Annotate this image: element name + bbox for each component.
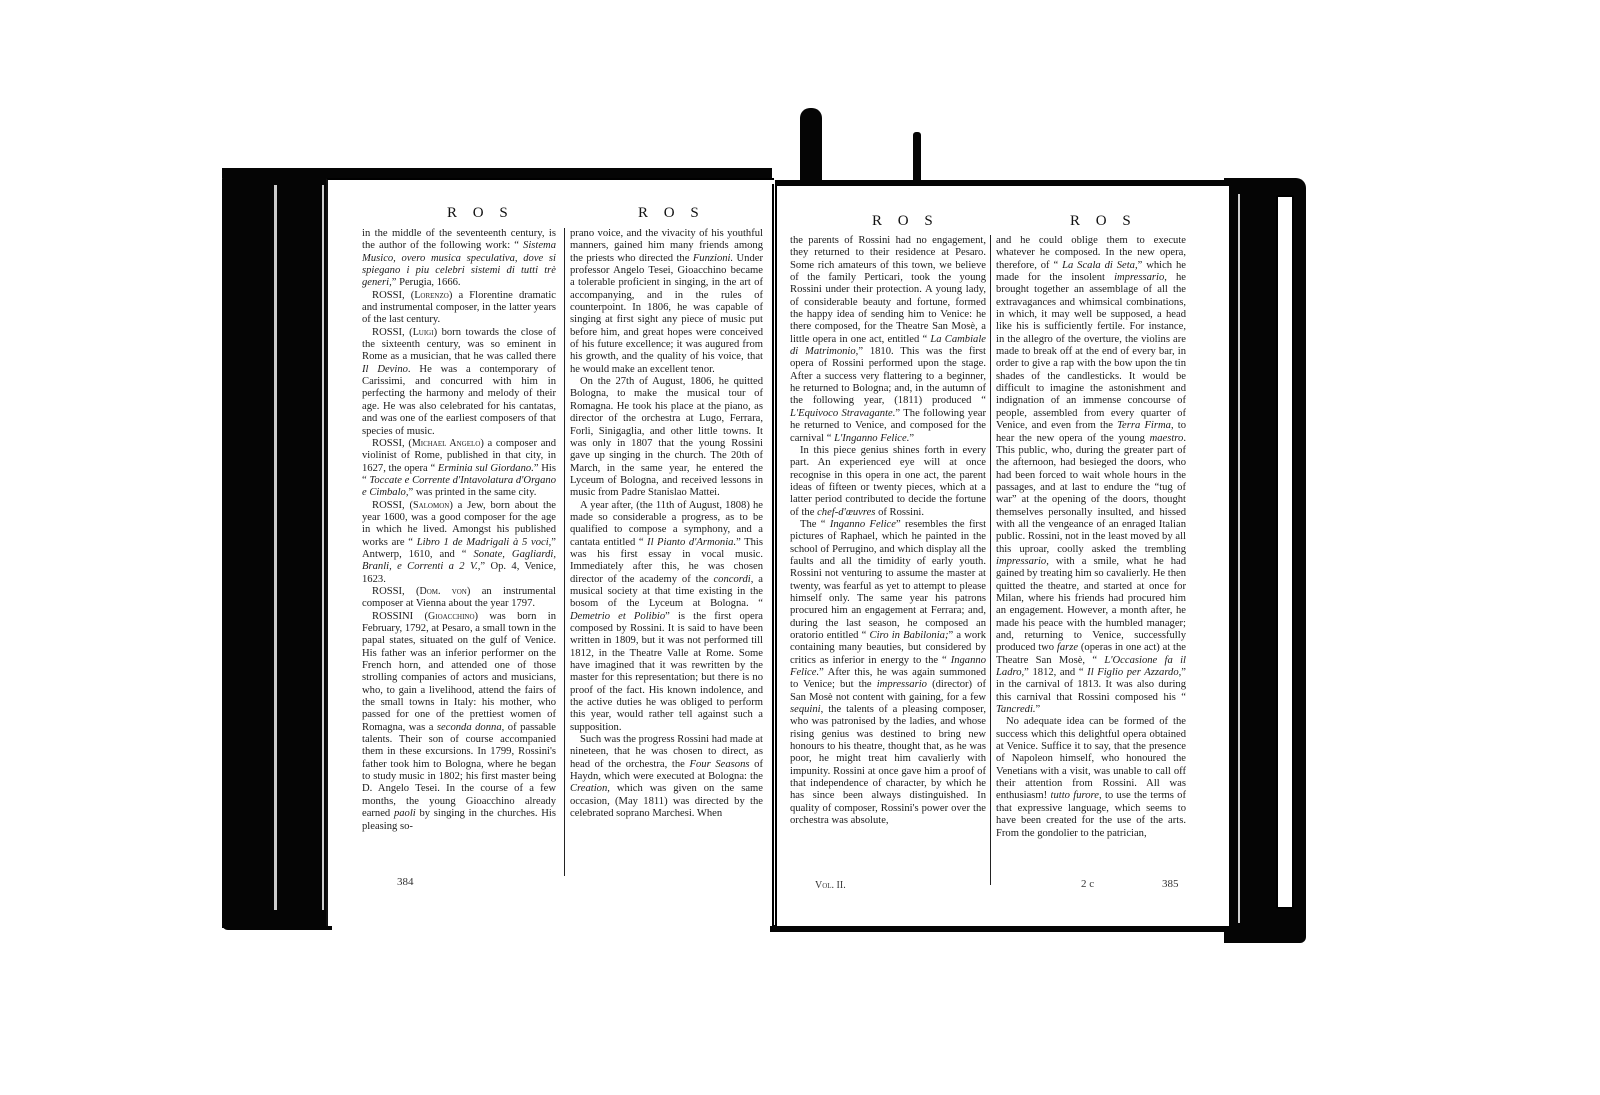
page-number: 385 [1162,878,1179,890]
page-edge-inner [1276,195,1294,909]
paragraph: In this piece genius shines forth in eve… [790,445,986,519]
book-top-edge [222,168,772,178]
page-edge-streak [322,185,324,910]
running-head: R O S [638,205,705,222]
signature-mark: 2 c [1081,878,1094,890]
paragraph: ROSSI, (Dom. von) an instrumental compos… [362,586,556,611]
bookmark-tab [800,108,822,186]
bookmark-tab [913,132,921,184]
paragraph: ROSSI, (Lorenzo) a Florentine dramatic a… [362,290,556,327]
text-column-left-2: prano voice, and the vivacity of his you… [570,228,763,821]
text-column-right-2: and he could oblige them to execute what… [996,235,1186,840]
page-edge-streak [1238,194,1240,923]
paragraph: prano voice, and the vivacity of his you… [570,228,763,376]
paragraph: ROSSI, (Luigi) born towards the close of… [362,327,556,438]
book-gutter [772,184,774,926]
running-head: R O S [447,205,514,222]
book-edge-left [222,175,332,930]
running-head: R O S [872,213,939,230]
text-column-left-1: in the middle of the seventeenth century… [362,228,556,833]
paragraph: No adequate idea can be formed of the su… [996,716,1186,839]
paragraph: On the 27th of August, 1806, he quitted … [570,376,763,499]
page-number: 384 [397,876,414,888]
paragraph: Such was the progress Rossini had made a… [570,734,763,820]
book-bottom-edge [770,925,1305,932]
text-column-right-1: the parents of Rossini had no engagement… [790,235,986,828]
paragraph: ROSSINI (Gioacchino) was born in Februar… [362,611,556,833]
paragraph: ROSSI, (Michael Angelo) a composer and v… [362,438,556,500]
paragraph: A year after, (the 11th of August, 1808)… [570,500,763,735]
column-rule [564,228,565,876]
page-edge-streak [274,185,277,910]
column-rule [990,235,991,885]
paragraph: in the middle of the seventeenth century… [362,228,556,290]
paragraph: The “ Inganno Felice” resembles the firs… [790,519,986,828]
running-head: R O S [1070,213,1137,230]
paragraph: and he could oblige them to execute what… [996,235,1186,716]
volume-mark: Vol. II. [815,880,846,891]
paragraph: the parents of Rossini had no engagement… [790,235,986,445]
paragraph: ROSSI, (Salomon) a Jew, born about the y… [362,500,556,586]
book-bottom-edge [222,918,332,928]
